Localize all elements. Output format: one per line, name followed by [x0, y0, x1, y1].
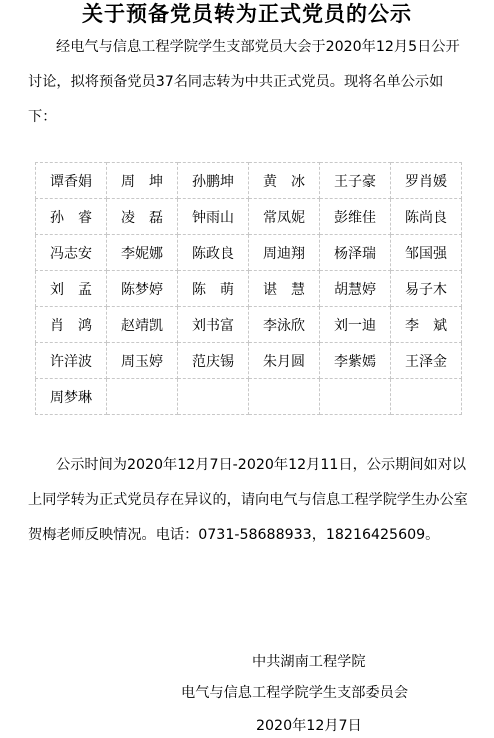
document-title: 关于预备党员转为正式党员的公示 [0, 0, 494, 28]
name-cell: 周 坤 [107, 163, 178, 199]
name-cell: 赵靖凯 [107, 307, 178, 343]
name-cell: 冯志安 [36, 235, 107, 271]
empty-cell [249, 379, 320, 415]
name-cell: 刘一迪 [320, 307, 391, 343]
name-cell: 胡慧婷 [320, 271, 391, 307]
table-row: 许洋波 周玉婷 范庆锡 朱月圆 李紫嫣 王泽金 [36, 343, 462, 379]
name-cell: 周迪翔 [249, 235, 320, 271]
name-cell: 范庆锡 [178, 343, 249, 379]
name-cell: 王子豪 [320, 163, 391, 199]
signature-org-party: 中共湖南工程学院 [252, 652, 494, 672]
empty-cell [391, 379, 462, 415]
name-cell: 谭香娟 [36, 163, 107, 199]
name-cell: 彭维佳 [320, 199, 391, 235]
name-cell: 黄 冰 [249, 163, 320, 199]
signature-org-branch: 电气与信息工程学院学生支部委员会 [181, 683, 494, 703]
name-cell: 常凤妮 [249, 199, 320, 235]
name-cell: 王泽金 [391, 343, 462, 379]
name-cell: 陈 萌 [178, 271, 249, 307]
name-cell: 许洋波 [36, 343, 107, 379]
names-table: 谭香娟 周 坤 孙鹏坤 黄 冰 王子豪 罗肖媛 孙 睿 凌 磊 钟雨山 常凤妮 … [35, 162, 462, 415]
empty-cell [320, 379, 391, 415]
name-cell: 李泳欣 [249, 307, 320, 343]
name-cell: 孙 睿 [36, 199, 107, 235]
empty-cell [178, 379, 249, 415]
name-cell: 刘书富 [178, 307, 249, 343]
table-row: 周梦琳 [36, 379, 462, 415]
table-row: 冯志安 李妮娜 陈政良 周迪翔 杨泽瑞 邹国强 [36, 235, 462, 271]
intro-paragraph: 经电气与信息工程学院学生支部党员大会于2020年12月5日公开讨论，拟将预备党员… [28, 30, 468, 135]
name-cell: 李 斌 [391, 307, 462, 343]
signature-date: 2020年12月7日 [256, 716, 494, 736]
name-cell: 易子木 [391, 271, 462, 307]
name-cell: 陈尚良 [391, 199, 462, 235]
name-cell: 朱月圆 [249, 343, 320, 379]
notice-paragraph: 公示时间为2020年12月7日-2020年12月11日，公示期间如对以上同学转为… [28, 448, 468, 553]
name-cell: 肖 鸿 [36, 307, 107, 343]
name-cell: 孙鹏坤 [178, 163, 249, 199]
table-row: 谭香娟 周 坤 孙鹏坤 黄 冰 王子豪 罗肖媛 [36, 163, 462, 199]
name-cell: 刘 孟 [36, 271, 107, 307]
notice-text: 公示时间为2020年12月7日-2020年12月11日，公示期间如对以上同学转为… [28, 457, 468, 543]
name-cell: 凌 磊 [107, 199, 178, 235]
intro-text: 经电气与信息工程学院学生支部党员大会于2020年12月5日公开讨论，拟将预备党员… [28, 39, 460, 125]
table-row: 肖 鸿 赵靖凯 刘书富 李泳欣 刘一迪 李 斌 [36, 307, 462, 343]
name-cell: 陈梦婷 [107, 271, 178, 307]
name-cell: 邹国强 [391, 235, 462, 271]
name-cell: 李紫嫣 [320, 343, 391, 379]
table-row: 孙 睿 凌 磊 钟雨山 常凤妮 彭维佳 陈尚良 [36, 199, 462, 235]
table-row: 刘 孟 陈梦婷 陈 萌 谌 慧 胡慧婷 易子木 [36, 271, 462, 307]
name-cell: 谌 慧 [249, 271, 320, 307]
name-cell: 杨泽瑞 [320, 235, 391, 271]
empty-cell [107, 379, 178, 415]
name-cell: 钟雨山 [178, 199, 249, 235]
name-cell: 周玉婷 [107, 343, 178, 379]
name-cell: 陈政良 [178, 235, 249, 271]
name-cell: 周梦琳 [36, 379, 107, 415]
name-cell: 李妮娜 [107, 235, 178, 271]
name-cell: 罗肖媛 [391, 163, 462, 199]
